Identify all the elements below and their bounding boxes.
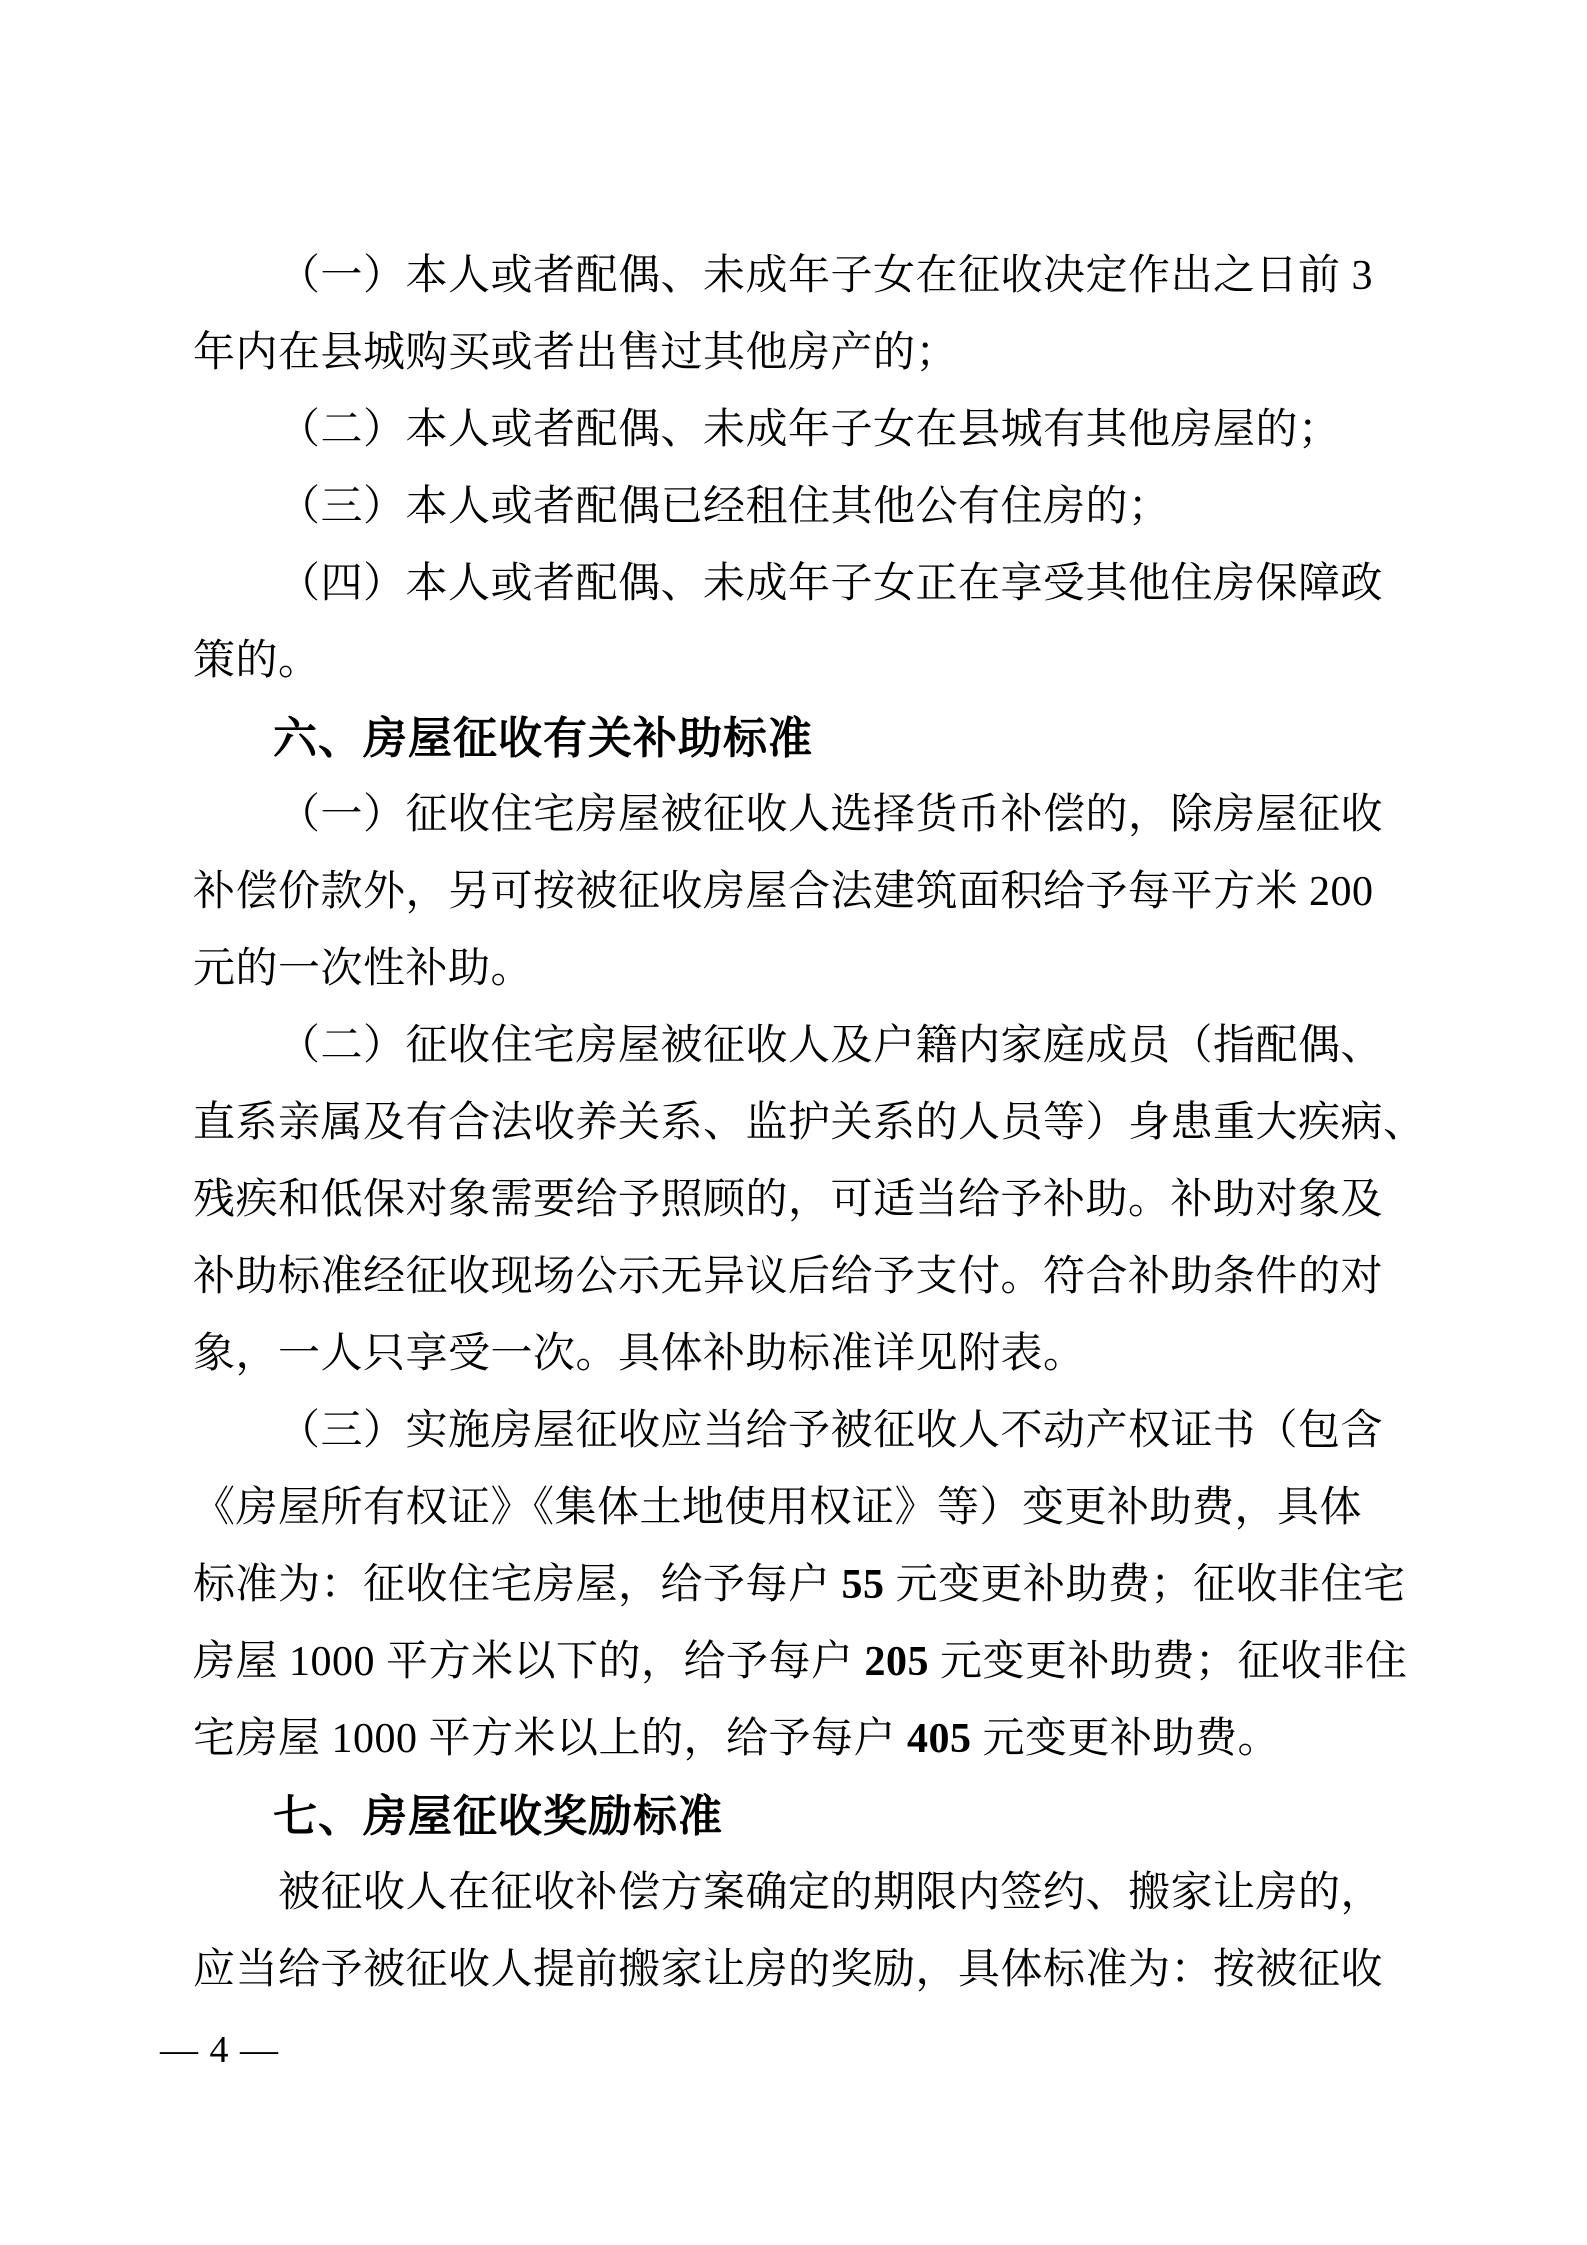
text-line: 宅房屋 1000 平方米以上的，给予每户 405 元变更补助费。: [193, 1701, 1397, 1778]
section-heading: 六、房屋征收有关补助标准: [193, 700, 1397, 777]
text-line: 象，一人只享受一次。具体补助标准详见附表。: [193, 1316, 1397, 1393]
text-run: 年内在县城购买或者出售过其他房产的；: [193, 330, 958, 376]
text-run: 策的。: [193, 638, 321, 684]
text-line: 元的一次性补助。: [193, 931, 1397, 1008]
text-run: 残疾和低保对象需要给予照顾的，可适当给予补助。补助对象及: [193, 1177, 1383, 1223]
text-run: （一）征收住宅房屋被征收人选择货币补偿的，除房屋征收: [278, 792, 1383, 838]
text-run: 补助标准经征收现场公示无异议后给予支付。符合补助条件的对: [193, 1254, 1383, 1300]
text-run: （一）本人或者配偶、未成年子女在征收决定作出之日前 3: [278, 253, 1373, 299]
emphasized-amount: 405: [907, 1716, 972, 1762]
text-run: 元变更补助费。: [972, 1716, 1281, 1762]
text-run: 房屋 1000 平方米以下的，给予每户: [193, 1639, 865, 1685]
text-line: （二）征收住宅房屋被征收人及户籍内家庭成员（指配偶、: [193, 1008, 1397, 1085]
text-run: 直系亲属及有合法收养关系、监护关系的人员等）身患重大疾病、: [193, 1100, 1426, 1146]
text-run: 《房屋所有权证》《集体土地使用权证》等）变更补助费，具体: [193, 1485, 1362, 1531]
text-run: （四）本人或者配偶、未成年子女正在享受其他住房保障政: [278, 561, 1383, 607]
text-line: （三）实施房屋征收应当给予被征收人不动产权证书（包含: [193, 1393, 1397, 1470]
text-run: 标准为：征收住宅房屋，给予每户: [193, 1562, 842, 1608]
text-line: 应当给予被征收人提前搬家让房的奖励，具体标准为：按被征收: [193, 1932, 1397, 2009]
text-run: （三）实施房屋征收应当给予被征收人不动产权证书（包含: [278, 1408, 1383, 1454]
text-run: （二）本人或者配偶、未成年子女在县城有其他房屋的；: [278, 407, 1341, 453]
emphasized-amount: 55: [842, 1562, 885, 1608]
text-run: 应当给予被征收人提前搬家让房的奖励，具体标准为：按被征收: [193, 1947, 1383, 1993]
text-run: 宅房屋 1000 平方米以上的，给予每户: [193, 1716, 907, 1762]
text-run: 元的一次性补助。: [193, 946, 533, 992]
text-line: 被征收人在征收补偿方案确定的期限内签约、搬家让房的，: [193, 1855, 1397, 1932]
text-run: 补偿价款外，另可按被征收房屋合法建筑面积给予每平方米 200: [193, 869, 1374, 915]
text-run: 元变更补助费；征收非住宅: [885, 1562, 1406, 1608]
text-line: 年内在县城购买或者出售过其他房产的；: [193, 315, 1397, 392]
section-heading: 七、房屋征收奖励标准: [193, 1778, 1397, 1855]
text-line: （一）征收住宅房屋被征收人选择货币补偿的，除房屋征收: [193, 777, 1397, 854]
text-line: 《房屋所有权证》《集体土地使用权证》等）变更补助费，具体: [193, 1470, 1397, 1547]
text-run: 被征收人在征收补偿方案确定的期限内签约、搬家让房的，: [278, 1870, 1383, 1916]
text-run: 象，一人只享受一次。具体补助标准详见附表。: [193, 1331, 1086, 1377]
document-page: （一）本人或者配偶、未成年子女在征收决定作出之日前 3年内在县城购买或者出售过其…: [0, 0, 1587, 2245]
text-line: 策的。: [193, 623, 1397, 700]
text-line: 标准为：征收住宅房屋，给予每户 55 元变更补助费；征收非住宅: [193, 1547, 1397, 1624]
text-line: （三）本人或者配偶已经租住其他公有住房的；: [193, 469, 1397, 546]
text-line: （二）本人或者配偶、未成年子女在县城有其他房屋的；: [193, 392, 1397, 469]
text-line: （一）本人或者配偶、未成年子女在征收决定作出之日前 3: [193, 238, 1397, 315]
page-number: — 4 —: [160, 2026, 279, 2074]
text-line: （四）本人或者配偶、未成年子女正在享受其他住房保障政: [193, 546, 1397, 623]
text-line: 残疾和低保对象需要给予照顾的，可适当给予补助。补助对象及: [193, 1162, 1397, 1239]
text-line: 直系亲属及有合法收养关系、监护关系的人员等）身患重大疾病、: [193, 1085, 1397, 1162]
text-line: 补偿价款外，另可按被征收房屋合法建筑面积给予每平方米 200: [193, 854, 1397, 931]
text-run: （三）本人或者配偶已经租住其他公有住房的；: [278, 484, 1171, 530]
text-line: 补助标准经征收现场公示无异议后给予支付。符合补助条件的对: [193, 1239, 1397, 1316]
document-text-block: （一）本人或者配偶、未成年子女在征收决定作出之日前 3年内在县城购买或者出售过其…: [193, 238, 1397, 2009]
text-run: 元变更补助费；征收非住: [929, 1639, 1408, 1685]
text-run: 六、房屋征收有关补助标准: [273, 714, 813, 763]
text-run: 七、房屋征收奖励标准: [273, 1792, 723, 1841]
text-line: 房屋 1000 平方米以下的，给予每户 205 元变更补助费；征收非住: [193, 1624, 1397, 1701]
emphasized-amount: 205: [865, 1639, 930, 1685]
text-run: （二）征收住宅房屋被征收人及户籍内家庭成员（指配偶、: [278, 1023, 1383, 1069]
